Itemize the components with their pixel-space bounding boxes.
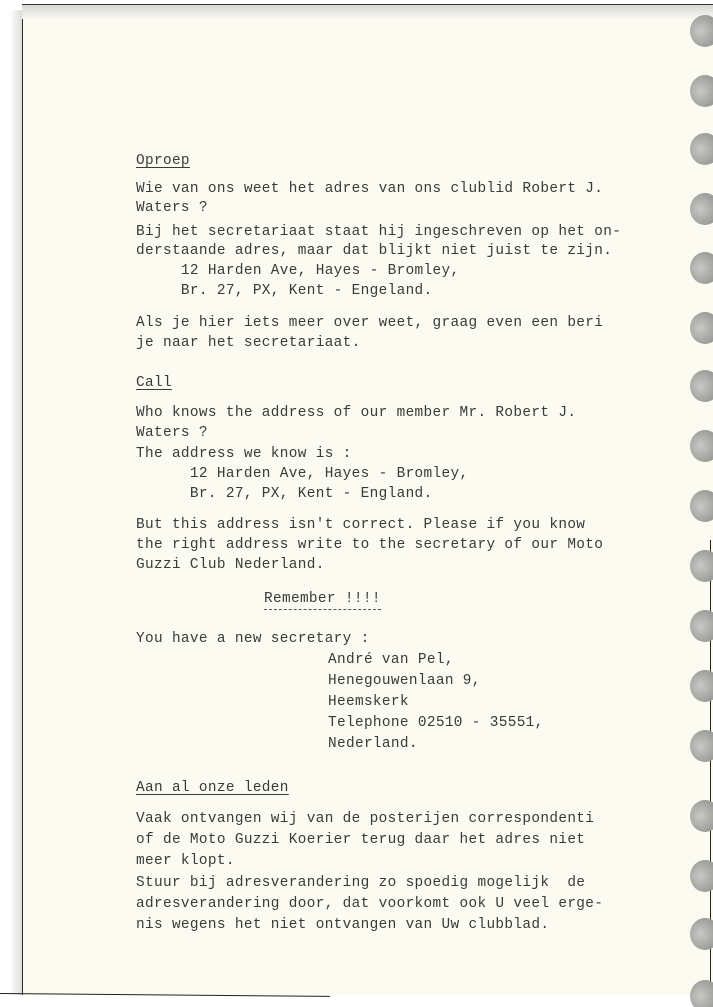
text-line: Als je hier iets meer over weet, graag e… [136, 314, 603, 332]
binder-hole [690, 730, 713, 762]
text-line: Bij het secretariaat staat hij ingeschre… [136, 223, 621, 241]
binder-hole [690, 980, 713, 1007]
text-line: of de Moto Guzzi Koerier terug daar het … [136, 831, 585, 849]
binder-hole [690, 490, 713, 522]
scan-left-shadow [10, 10, 22, 995]
secretary-name: André van Pel, [328, 651, 454, 669]
text-line: nis wegens het niet ontvangen van Uw clu… [136, 916, 549, 934]
secretary-city: Heemskerk [328, 693, 409, 711]
address-line: 12 Harden Ave, Hayes - Bromley, [136, 262, 460, 280]
address-line: Br. 27, PX, Kent - England. [136, 485, 433, 503]
text-line: But this address isn't correct. Please i… [136, 516, 585, 534]
binder-hole [690, 430, 713, 462]
secretary-country: Nederland. [328, 735, 418, 753]
heading-call: Call [136, 374, 172, 392]
address-line: 12 Harden Ave, Hayes - Bromley, [136, 465, 468, 483]
heading-remember: Remember !!!! [264, 590, 381, 608]
binder-hole [690, 312, 713, 344]
binder-hole [690, 252, 713, 284]
binder-hole [690, 670, 713, 702]
text-line: The address we know is : [136, 445, 352, 463]
text-line: Who knows the address of our member Mr. … [136, 404, 576, 422]
text-line: You have a new secretary : [136, 630, 370, 648]
text-line: Vaak ontvangen wij van de posterijen cor… [136, 810, 594, 828]
binder-hole [690, 610, 713, 642]
text-line: Stuur bij adresverandering zo spoedig mo… [136, 874, 585, 892]
binder-hole [690, 918, 713, 950]
text-line: Waters ? [136, 199, 208, 217]
text-line: Guzzi Club Nederland. [136, 556, 325, 574]
binder-hole [690, 193, 713, 225]
address-line: Br. 27, PX, Kent - Engeland. [136, 282, 433, 300]
binder-hole [690, 370, 713, 402]
text-line: derstaande adres, maar dat blijkt niet j… [136, 242, 612, 260]
text-line: the right address write to the secretary… [136, 536, 603, 554]
secretary-street: Henegouwenlaan 9, [328, 672, 481, 690]
binder-hole [690, 75, 713, 107]
text-line: Wie van ons weet het adres van ons clubl… [136, 180, 603, 198]
text-line: meer klopt. [136, 852, 235, 870]
scan-top-shadow [22, 4, 713, 19]
text-line: je naar het secretariaat. [136, 334, 361, 352]
binder-hole [690, 15, 713, 47]
binder-hole [690, 860, 713, 892]
binder-hole [690, 133, 713, 165]
text-line: Waters ? [136, 424, 208, 442]
secretary-phone: Telephone 02510 - 35551, [328, 714, 544, 732]
heading-remember-text: Remember !!!! [264, 591, 381, 610]
heading-leden: Aan al onze leden [136, 779, 289, 797]
binder-hole [690, 800, 713, 832]
binder-hole [690, 550, 713, 582]
text-line: adresverandering door, dat voorkomt ook … [136, 895, 603, 913]
heading-oproep: Oproep [136, 152, 190, 170]
